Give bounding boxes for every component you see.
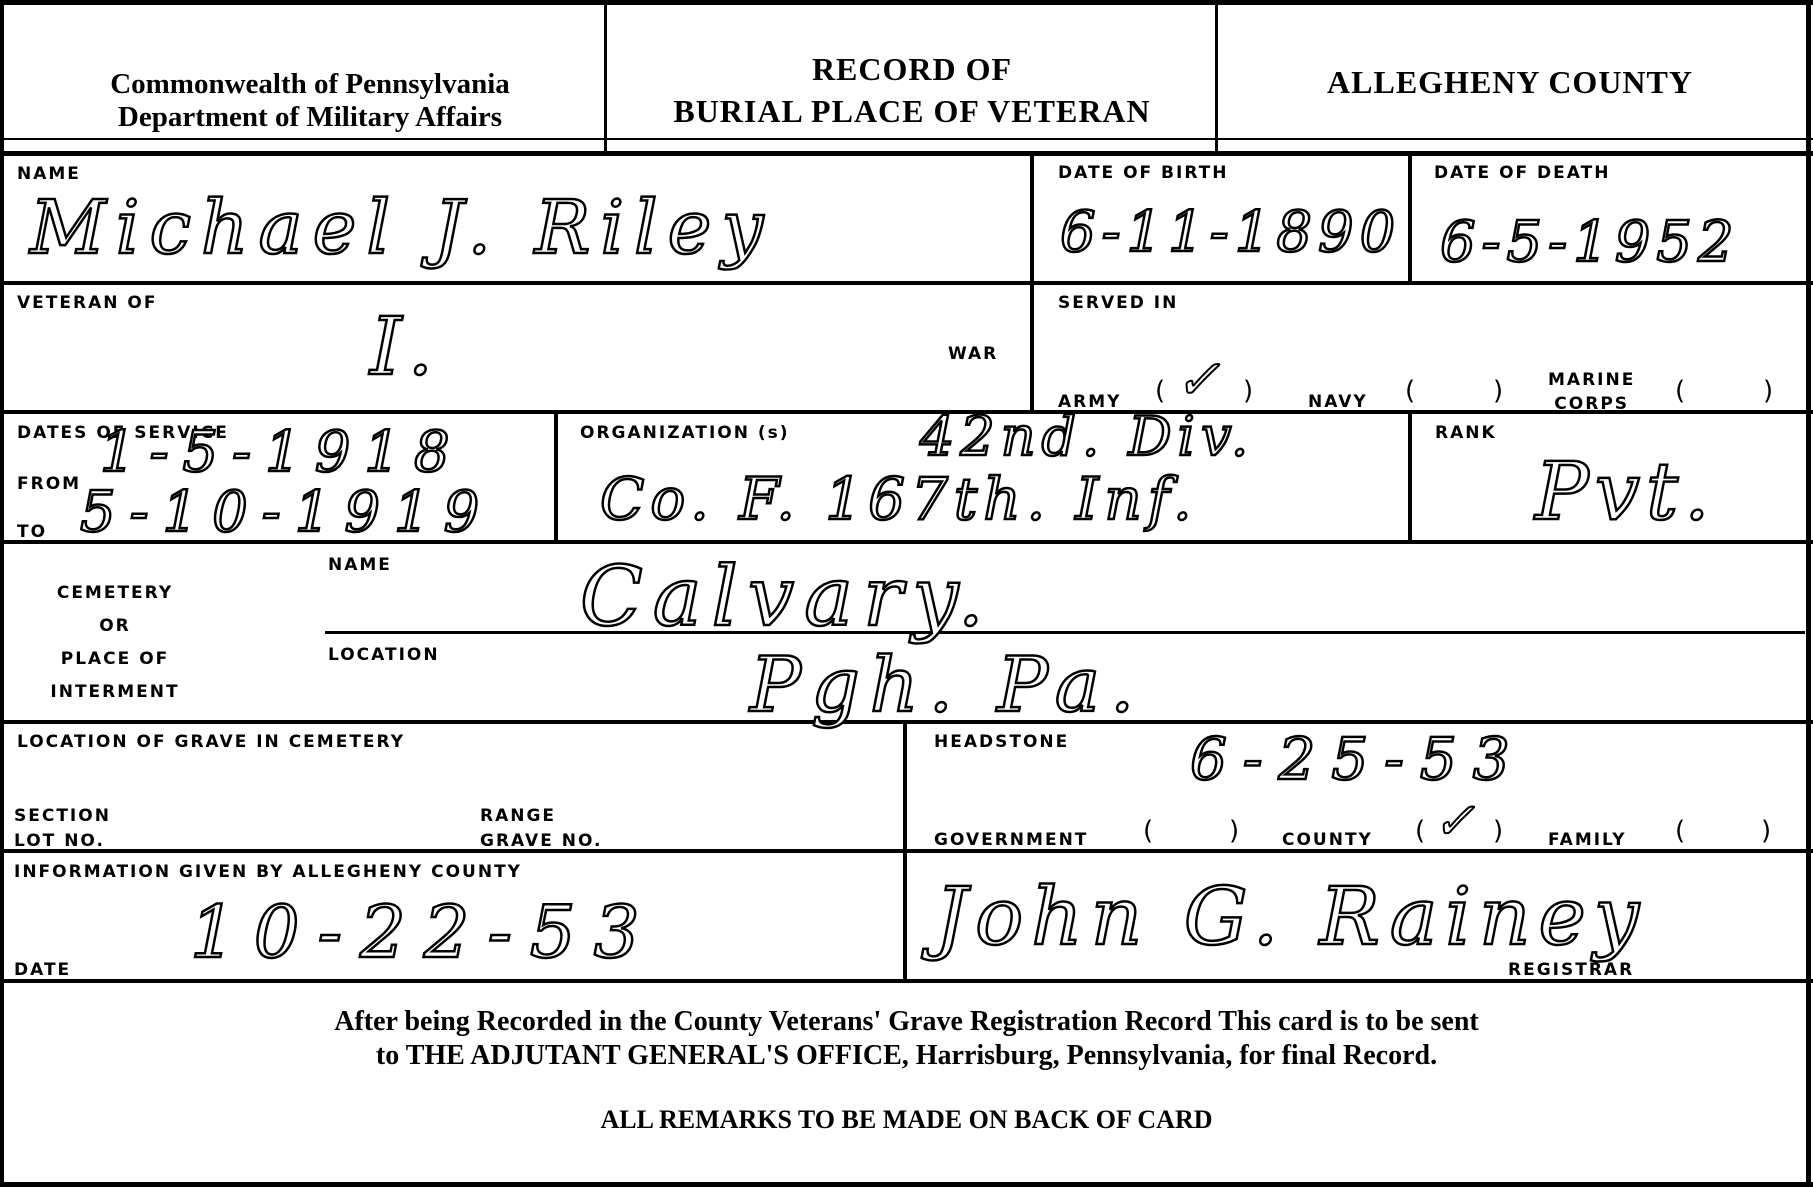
cemetery-label-line4: INTERMENT bbox=[30, 676, 200, 709]
to-value[interactable]: 5-10-1919 bbox=[80, 480, 493, 545]
rank-value[interactable]: Pvt. bbox=[1535, 445, 1716, 538]
bottom-border bbox=[0, 1182, 1813, 1187]
footer-remarks-note: ALL REMARKS TO BE MADE ON BACK OF CARD bbox=[0, 1105, 1813, 1135]
headstone-label: HEADSTONE bbox=[934, 732, 1069, 752]
county-paren-close: ) bbox=[1493, 816, 1503, 846]
county-label: COUNTY bbox=[1282, 830, 1373, 850]
cemetery-name-value[interactable]: Calvary. bbox=[580, 550, 994, 645]
name-dob-divider bbox=[1030, 155, 1034, 413]
cemetery-name-underline bbox=[325, 631, 1805, 634]
info-given-label: INFORMATION GIVEN BY ALLEGHENY COUNTY bbox=[14, 862, 522, 882]
headstone-value[interactable]: 6-25-53 bbox=[1190, 725, 1526, 793]
section-label: SECTION bbox=[14, 806, 111, 826]
rank-label: RANK bbox=[1435, 423, 1497, 443]
dob-value[interactable]: 6-11-1890 bbox=[1060, 200, 1401, 265]
info-date-label: DATE bbox=[14, 960, 71, 980]
name-value[interactable]: Michael J. Riley bbox=[30, 185, 773, 271]
marine-label: MARINE bbox=[1548, 368, 1635, 392]
header-divider-1 bbox=[604, 5, 607, 155]
header-thick-rule bbox=[0, 151, 1813, 156]
from-value[interactable]: 1-5-1918 bbox=[100, 420, 464, 485]
top-border bbox=[0, 0, 1813, 5]
marine-corps-checkbox[interactable]: ( ) bbox=[1675, 376, 1775, 408]
header-commonwealth: Commonwealth of Pennsylvania bbox=[20, 68, 600, 101]
organization-label: ORGANIZATION (s) bbox=[580, 423, 790, 443]
dod-value[interactable]: 6-5-1952 bbox=[1440, 210, 1740, 275]
registrar-signature[interactable]: John G. Rainey bbox=[935, 870, 1647, 963]
cemetery-label-line3: PLACE OF bbox=[30, 643, 200, 676]
government-checkbox[interactable]: ( ) bbox=[1143, 816, 1243, 848]
dod-label: DATE OF DEATH bbox=[1434, 163, 1610, 183]
grave-headstone-divider bbox=[903, 722, 907, 981]
government-paren-close: ) bbox=[1229, 816, 1239, 846]
war-label: WAR bbox=[948, 344, 998, 364]
navy-checkbox[interactable]: ( ) bbox=[1405, 376, 1505, 408]
registrar-label: REGISTRAR bbox=[1508, 960, 1634, 980]
marine-paren-open: ( bbox=[1675, 376, 1685, 406]
form-title-line1: RECORD OF bbox=[610, 48, 1214, 90]
county-checkmark: ✓ bbox=[1433, 792, 1481, 850]
footer-instructions: After being Recorded in the County Veter… bbox=[0, 1005, 1813, 1073]
header-thin-rule bbox=[0, 138, 1813, 140]
veteran-burial-record-card: Commonwealth of Pennsylvania Department … bbox=[0, 0, 1813, 1187]
to-label: TO bbox=[17, 522, 47, 542]
cemetery-block-label: CEMETERY OR PLACE OF INTERMENT bbox=[30, 577, 200, 709]
navy-label: NAVY bbox=[1308, 392, 1368, 412]
government-label: GOVERNMENT bbox=[934, 830, 1088, 850]
army-checkbox[interactable]: ( ✓ ) bbox=[1155, 376, 1255, 408]
service-org-divider bbox=[554, 412, 558, 542]
family-checkbox[interactable]: ( ) bbox=[1675, 816, 1775, 848]
row-rule-2 bbox=[0, 410, 1813, 414]
army-checkmark: ✓ bbox=[1175, 348, 1226, 411]
cemetery-label-line2: OR bbox=[30, 610, 200, 643]
county-paren-open: ( bbox=[1415, 816, 1425, 846]
family-paren-close: ) bbox=[1761, 816, 1771, 846]
header-left: Commonwealth of Pennsylvania Department … bbox=[20, 68, 600, 134]
government-paren-open: ( bbox=[1143, 816, 1153, 846]
row-rule-1 bbox=[0, 281, 1813, 285]
organization-line1[interactable]: 42nd. Div. bbox=[920, 405, 1254, 468]
county-checkbox[interactable]: ( ✓ ) bbox=[1415, 816, 1515, 848]
navy-paren-close: ) bbox=[1493, 376, 1503, 406]
marine-corps-label: MARINE CORPS bbox=[1548, 368, 1635, 416]
footer-line2: to THE ADJUTANT GENERAL'S OFFICE, Harris… bbox=[0, 1039, 1813, 1073]
veteran-of-label: VETERAN OF bbox=[17, 293, 157, 313]
header-divider-2 bbox=[1215, 5, 1218, 155]
navy-paren-open: ( bbox=[1405, 376, 1415, 406]
organization-line2[interactable]: Co. F. 167th. Inf. bbox=[600, 465, 1198, 533]
header-center: RECORD OF BURIAL PLACE OF VETERAN bbox=[610, 48, 1214, 132]
grave-no-label: GRAVE NO. bbox=[480, 831, 603, 851]
footer-line1: After being Recorded in the County Veter… bbox=[0, 1005, 1813, 1039]
army-paren-close: ) bbox=[1243, 376, 1253, 406]
corps-label: CORPS bbox=[1548, 392, 1635, 416]
family-paren-open: ( bbox=[1675, 816, 1685, 846]
lot-no-label: LOT NO. bbox=[14, 831, 105, 851]
army-paren-open: ( bbox=[1155, 376, 1165, 406]
from-label: FROM bbox=[17, 474, 81, 494]
form-title-line2: BURIAL PLACE OF VETERAN bbox=[610, 90, 1214, 132]
cemetery-location-value[interactable]: Pgh. Pa. bbox=[750, 640, 1144, 729]
served-in-label: SERVED IN bbox=[1058, 293, 1178, 313]
header-department: Department of Military Affairs bbox=[20, 101, 600, 134]
grave-location-label: LOCATION OF GRAVE IN CEMETERY bbox=[17, 732, 405, 752]
org-rank-divider bbox=[1408, 412, 1412, 542]
veteran-of-value[interactable]: I. bbox=[370, 300, 439, 393]
dob-label: DATE OF BIRTH bbox=[1058, 163, 1229, 183]
info-date-value[interactable]: 10-22-53 bbox=[190, 890, 658, 974]
range-label: RANGE bbox=[480, 806, 556, 826]
marine-paren-close: ) bbox=[1763, 376, 1773, 406]
family-label: FAMILY bbox=[1548, 830, 1627, 850]
dob-dod-divider bbox=[1408, 155, 1412, 283]
name-label: NAME bbox=[17, 164, 81, 184]
header-county: ALLEGHENY COUNTY bbox=[1220, 64, 1800, 101]
cemetery-location-label: LOCATION bbox=[328, 645, 440, 665]
cemetery-label-line1: CEMETERY bbox=[30, 577, 200, 610]
cemetery-name-label: NAME bbox=[328, 555, 392, 575]
